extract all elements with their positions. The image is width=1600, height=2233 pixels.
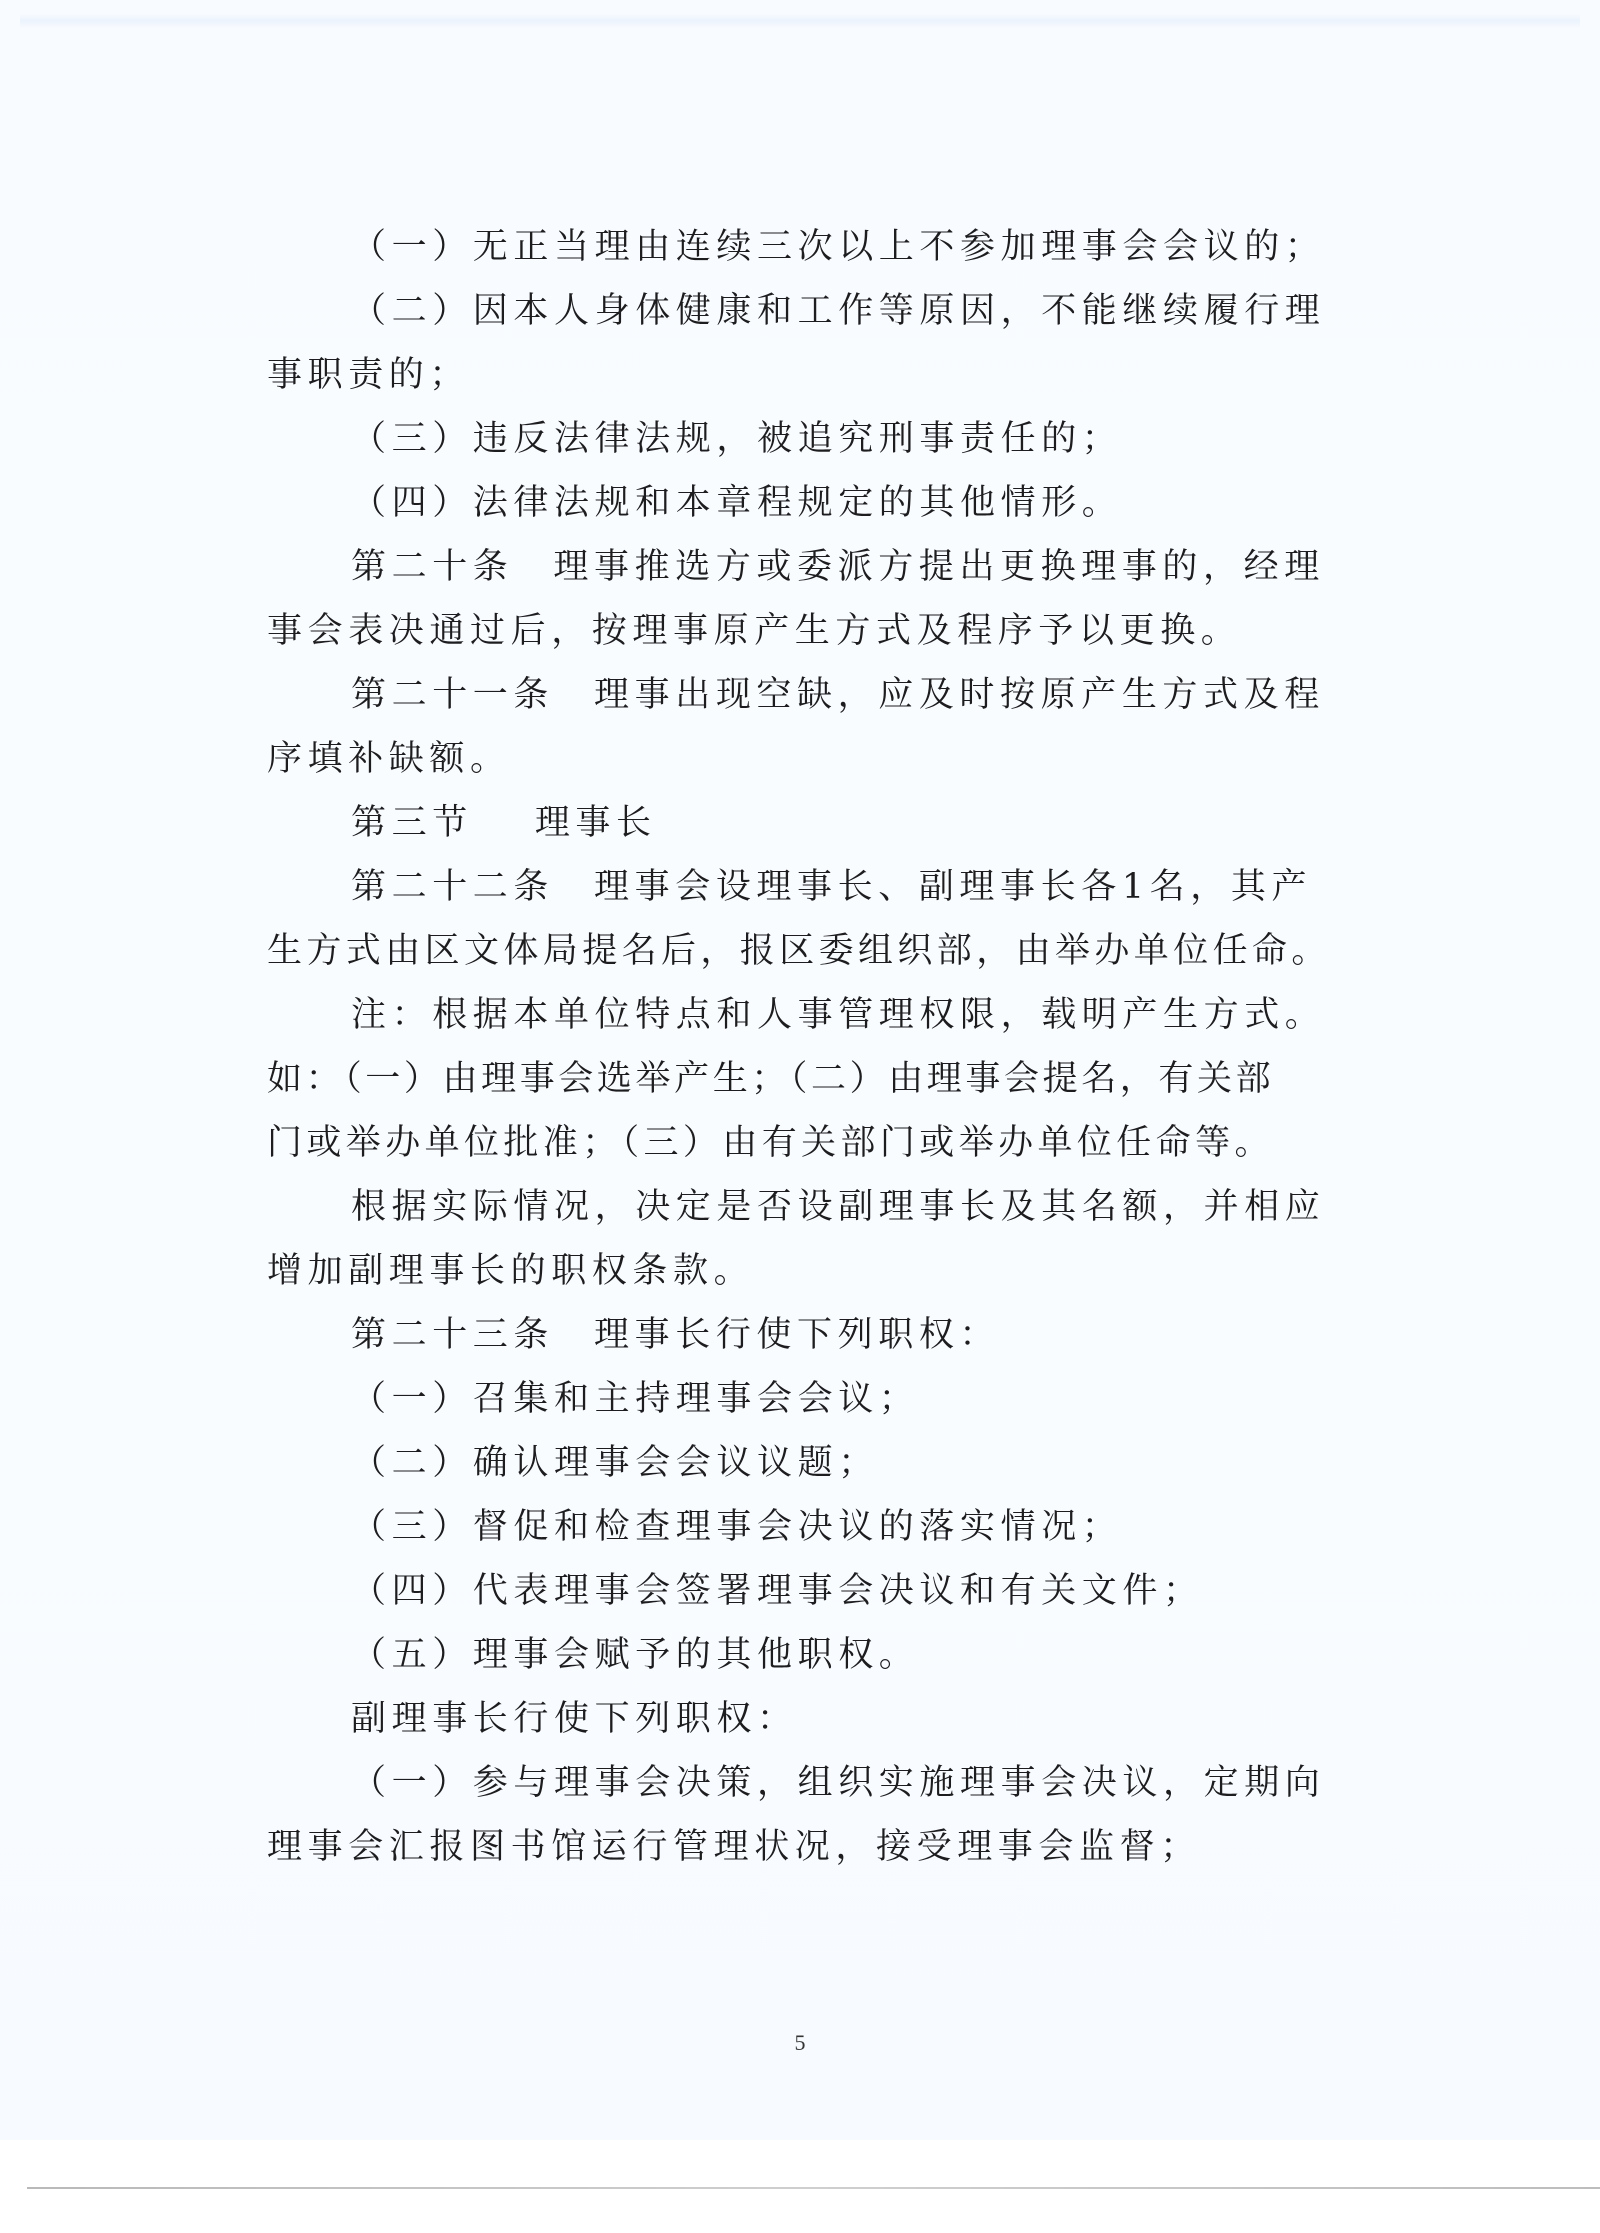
article-text: 理事长行使下列职权： [594,1315,1000,1355]
article-number: 第二十一条 [351,675,554,715]
article-number: 第二十三条 [351,1315,554,1355]
list-item-3: （三）违反法律法规，被追究刑事责任的； [267,407,1377,471]
vice-chair-power-1: （一）参与理事会决策，组织实施理事会决议，定期向 [267,1751,1377,1815]
article-20-continued: 事会表决通过后，按理事原产生方式及程序予以更换。 [267,599,1377,663]
article-22-continued: 生方式由区文体局提名后，报区委组织部，由举办单位任命。 [267,919,1377,983]
note-paragraph: 注：根据本单位特点和人事管理权限，载明产生方式。 [267,983,1377,1047]
section-title: 理事长 [535,803,657,843]
note-paragraph-continued-2: 门或举办单位批准；（三）由有关部门或举办单位任命等。 [267,1111,1377,1175]
list-item-2-continued: 事职责的； [267,343,1377,407]
chair-power-1: （一）召集和主持理事会会议； [267,1367,1377,1431]
scan-edge-artifact [20,14,1580,28]
article-text: 理事推选方或委派方提出更换理事的，经理 [553,547,1324,587]
article-23: 第二十三条理事长行使下列职权： [267,1303,1377,1367]
list-item-1: （一）无正当理由连续三次以上不参加理事会会议的； [267,215,1377,279]
chair-power-5: （五）理事会赋予的其他职权。 [267,1623,1377,1687]
note-paragraph-2: 根据实际情况，决定是否设副理事长及其名额，并相应 [267,1175,1377,1239]
chair-power-2: （二）确认理事会会议议题； [267,1431,1377,1495]
section-heading: 第三节理事长 [267,791,1377,855]
article-number: 第二十条 [351,547,513,587]
section-number: 第三节 [351,803,473,843]
note-paragraph-continued-1: 如：（一）由理事会选举产生；（二）由理事会提名，有关部 [267,1047,1377,1111]
article-21: 第二十一条理事出现空缺，应及时按原产生方式及程 [267,663,1377,727]
list-item-2: （二）因本人身体健康和工作等原因，不能继续履行理 [267,279,1377,343]
chair-power-3: （三）督促和检查理事会决议的落实情况； [267,1495,1377,1559]
article-22: 第二十二条理事会设理事长、副理事长各1名，其产 [267,855,1377,919]
article-21-continued: 序填补缺额。 [267,727,1377,791]
article-20: 第二十条理事推选方或委派方提出更换理事的，经理 [267,535,1377,599]
document-body: （一）无正当理由连续三次以上不参加理事会会议的； （二）因本人身体健康和工作等原… [267,215,1377,1879]
vice-chair-heading: 副理事长行使下列职权： [267,1687,1377,1751]
page-number: 5 [0,2030,1600,2056]
article-text: 理事出现空缺，应及时按原产生方式及程 [594,675,1325,715]
vice-chair-power-1-continued: 理事会汇报图书馆运行管理状况，接受理事会监督； [267,1815,1377,1879]
page-separator-line [27,2187,1600,2189]
list-item-4: （四）法律法规和本章程规定的其他情形。 [267,471,1377,535]
article-number: 第二十二条 [351,867,554,907]
article-text: 理事会设理事长、副理事长各1名，其产 [594,867,1312,907]
chair-power-4: （四）代表理事会签署理事会决议和有关文件； [267,1559,1377,1623]
note-paragraph-2-continued: 增加副理事长的职权条款。 [267,1239,1377,1303]
scanned-page: （一）无正当理由连续三次以上不参加理事会会议的； （二）因本人身体健康和工作等原… [0,0,1600,2140]
